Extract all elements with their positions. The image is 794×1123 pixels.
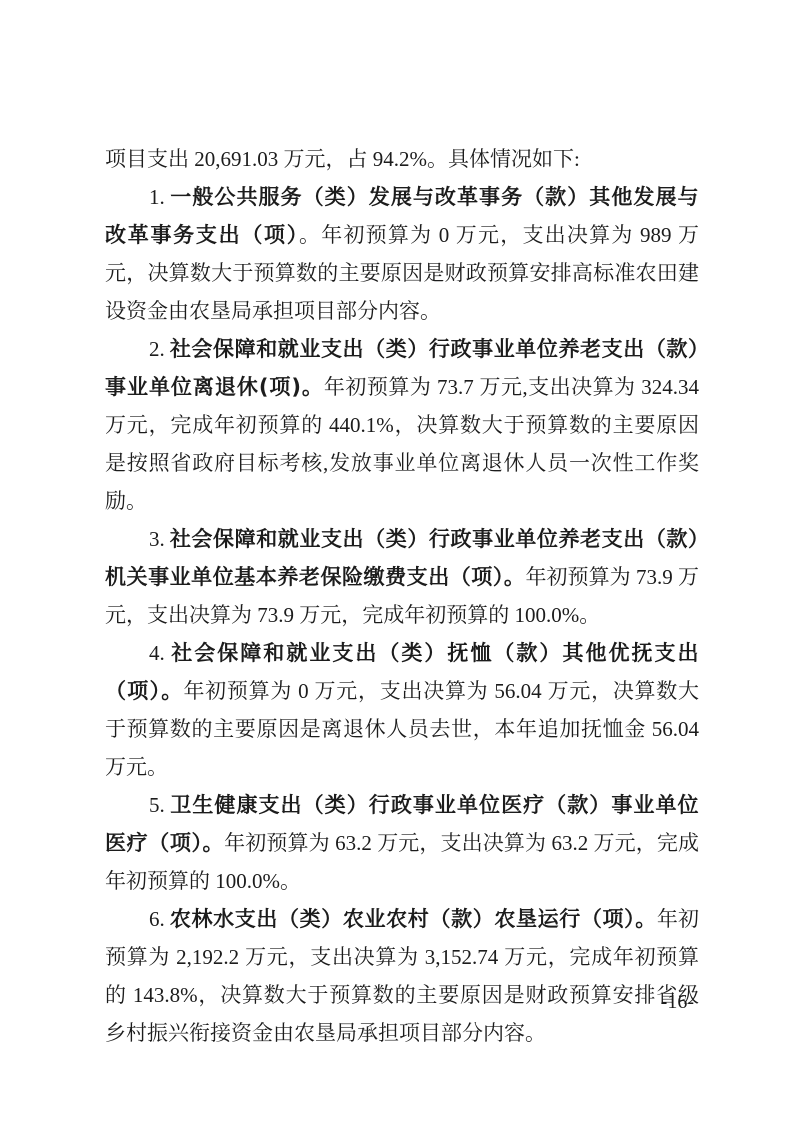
paragraph: 6.农林水支出（类）农业农村（款）农垦运行（项）。年初预算为 2,192.2 万… — [105, 900, 699, 1052]
item-number: 1. — [149, 185, 170, 209]
paragraph: 3.社会保障和就业支出（类）行政事业单位养老支出（款）机关事业单位基本养老保险缴… — [105, 520, 699, 634]
document-page: 项目支出 20,691.03 万元，占 94.2%。具体情况如下:1.一般公共服… — [0, 0, 794, 1123]
text-run: 年初预算为 0 万元，支出决算为 56.04 万元，决算数大于预算数的主要原因是… — [105, 679, 699, 779]
document-body: 项目支出 20,691.03 万元，占 94.2%。具体情况如下:1.一般公共服… — [105, 140, 699, 1052]
paragraph: 4.社会保障和就业支出（类）抚恤（款）其他优抚支出（项）。年初预算为 0 万元，… — [105, 634, 699, 786]
item-number: 4. — [149, 641, 170, 665]
item-number: 6. — [149, 907, 170, 931]
paragraph: 5.卫生健康支出（类）行政事业单位医疗（款）事业单位医疗（项）。年初预算为 63… — [105, 786, 699, 900]
page-number: -16- — [661, 991, 694, 1013]
paragraph: 2.社会保障和就业支出（类）行政事业单位养老支出（款）事业单位离退休(项)。年初… — [105, 330, 699, 520]
text-run-bold: 农林水支出（类）农业农村（款）农垦运行（项）。 — [170, 907, 657, 931]
page-footer: -16- — [661, 990, 694, 1014]
paragraph: 1.一般公共服务（类）发展与改革事务（款）其他发展与改革事务支出（项）。年初预算… — [105, 178, 699, 330]
item-number: 2. — [149, 337, 170, 361]
item-number: 3. — [149, 527, 170, 551]
text-run: 项目支出 20,691.03 万元，占 94.2%。具体情况如下: — [105, 147, 580, 171]
paragraph: 项目支出 20,691.03 万元，占 94.2%。具体情况如下: — [105, 140, 699, 178]
item-number: 5. — [149, 793, 170, 817]
